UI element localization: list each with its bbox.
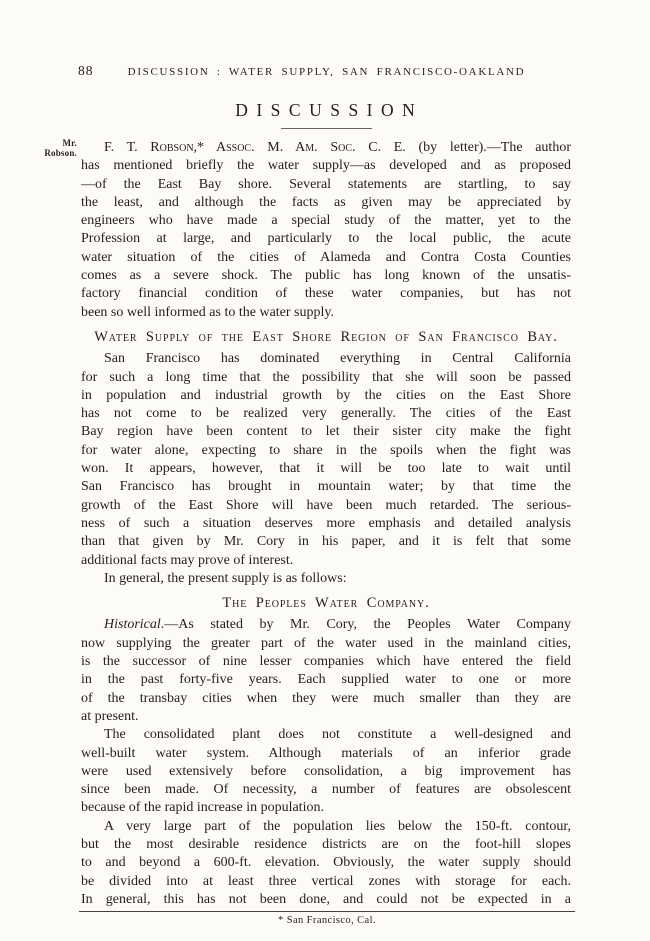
- text-line: F. T. Robson,* Assoc. M. Am. Soc. C. E. …: [81, 139, 571, 157]
- section-heading: Water Supply of the East Shore Region of…: [81, 328, 571, 346]
- document-page: 88 DISCUSSION : WATER SUPPLY, SAN FRANCI…: [0, 0, 650, 941]
- text-line: In general, this has not been done, and …: [81, 891, 571, 909]
- text-line: be divided into at least three vertical …: [81, 873, 571, 891]
- text-line: well-built water system. Although materi…: [81, 745, 571, 763]
- paragraph: The consolidated plant does not constitu…: [81, 726, 571, 817]
- text-line: won. It appears, however, that it will b…: [81, 460, 571, 478]
- running-head: DISCUSSION : WATER SUPPLY, SAN FRANCISCO…: [82, 66, 571, 78]
- text-line: San Francisco has brought in mountain wa…: [81, 478, 571, 496]
- text-line: for such a long time that the possibilit…: [81, 369, 571, 387]
- text-line: Profession at large, and particularly to…: [81, 230, 571, 248]
- paragraph: Historical.—As stated by Mr. Cory, the P…: [81, 616, 571, 726]
- footnote: * San Francisco, Cal.: [82, 915, 572, 926]
- lead-word: Historical: [104, 617, 161, 632]
- text-line: because of the rapid increase in populat…: [81, 799, 571, 817]
- paragraph: A very large part of the population lies…: [81, 818, 571, 909]
- text-line: water situation of the cities of Alameda…: [81, 249, 571, 267]
- section-heading: The Peoples Water Company.: [81, 594, 571, 612]
- paragraph: In general, the present supply is as fol…: [81, 570, 571, 588]
- paragraph: San Francisco has dominated everything i…: [81, 350, 571, 570]
- margin-note-line: Mr.: [22, 138, 77, 148]
- footnote-rule: [79, 911, 575, 912]
- text-line: Bay region have been content to let thei…: [81, 423, 571, 441]
- text-line: growth of the East Shore will have been …: [81, 497, 571, 515]
- text-line: The consolidated plant does not constitu…: [81, 726, 571, 744]
- text-line: in population and industrial growth by t…: [81, 387, 571, 405]
- text-line: to and beyond a 600-ft. elevation. Obvio…: [81, 854, 571, 872]
- text-line: the least, and although the facts as giv…: [81, 194, 571, 212]
- text-line: since been made. Of necessity, a number …: [81, 781, 571, 799]
- margin-note: Mr. Robson.: [22, 138, 77, 158]
- text-line: but the most desirable residence distric…: [81, 836, 571, 854]
- text-line: has mentioned briefly the water supply—a…: [81, 157, 571, 175]
- text-line: were used extensively before consolidati…: [81, 763, 571, 781]
- text-line: at present.: [81, 708, 571, 726]
- text-line: of the transbay cities when they were mu…: [81, 690, 571, 708]
- text-line: San Francisco has dominated everything i…: [81, 350, 571, 368]
- text-line: been so well informed as to the water su…: [81, 304, 571, 322]
- text-line: ness of such a situation deserves more e…: [81, 515, 571, 533]
- text-line: In general, the present supply is as fol…: [81, 570, 571, 588]
- author-name: F. T. Robson,* Assoc. M. Am. Soc. C. E.: [104, 140, 406, 155]
- text-line: is the successor of nine lesser companie…: [81, 653, 571, 671]
- text-line: additional facts may prove of interest.: [81, 552, 571, 570]
- text-line: than that given by Mr. Cory in his paper…: [81, 533, 571, 551]
- paragraph: F. T. Robson,* Assoc. M. Am. Soc. C. E. …: [81, 139, 571, 322]
- margin-note-line: Robson.: [22, 148, 77, 158]
- title-rule: [281, 128, 372, 129]
- body-text: F. T. Robson,* Assoc. M. Am. Soc. C. E. …: [81, 139, 571, 909]
- text-line: engineers who have made a special study …: [81, 212, 571, 230]
- text-line: —of the East Bay shore. Several statemen…: [81, 176, 571, 194]
- text-line: in the past forty-five years. Each suppl…: [81, 671, 571, 689]
- text-line: A very large part of the population lies…: [81, 818, 571, 836]
- text-line: comes as a severe shock. The public has …: [81, 267, 571, 285]
- text-line: for water alone, expecting to share in t…: [81, 442, 571, 460]
- text-line: has not come to be realized very general…: [81, 405, 571, 423]
- document-title: DISCUSSION: [0, 100, 650, 121]
- text-line: factory financial condition of these wat…: [81, 285, 571, 303]
- text-line: Historical.—As stated by Mr. Cory, the P…: [81, 616, 571, 634]
- text-line: now supplying the greater part of the wa…: [81, 635, 571, 653]
